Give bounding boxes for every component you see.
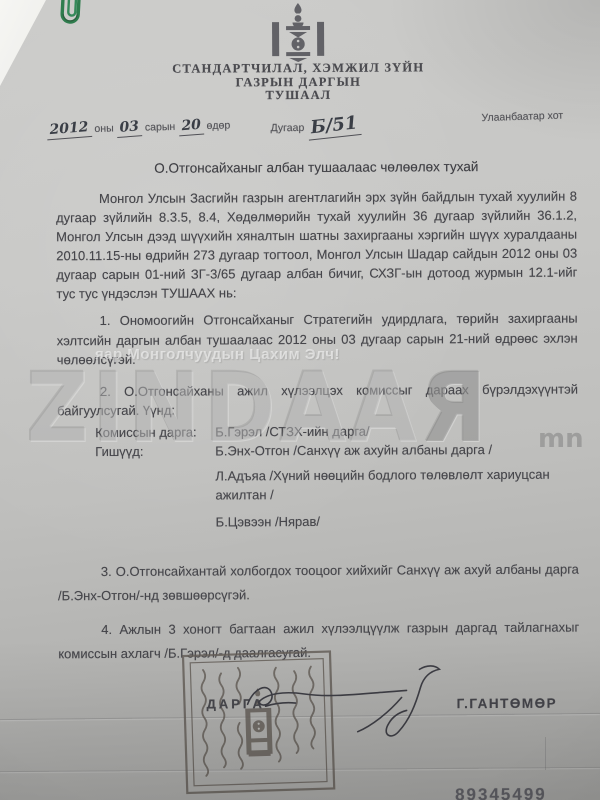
commission-row: Л.Адъяа /Хүний нөөцийн бодлого төлөвлөлт… [57,464,578,505]
day-label: өдөр [206,119,230,132]
document-photo: СТАНДАРТЧИЛАЛ, ХЭМЖИЛ ЗҮЙН ГАЗРЫН ДАРГЫН… [0,0,600,800]
commission-person: Б.Гэрэл /СТЗХ-ийн дарга/ [215,420,575,441]
doc-type: ТУШААЛ [0,87,598,104]
handwritten-year: 2012 [46,119,92,140]
paragraph-item-1: 1. Ономоогийн Отгонсайханыг Стратегийн у… [57,309,578,370]
commission-person: Л.Адъяа /Хүний нөөцийн бодлого төлөвлөлт… [215,464,575,504]
paragraph-legal-basis: Монгол Улсын Засгийн газрын агентлагийн … [56,187,578,304]
city-label: Улаанбаатар хот [481,110,563,125]
year-label: оны [94,122,113,134]
paragraph-item-2: 2. О.Отгонсайханы ажил хүлээлцэх комиссы… [57,379,578,420]
commission-role [96,512,216,532]
partial-number-text: 89345499 [455,785,547,800]
number-field: Дугаар Б/51 [271,115,361,138]
letterhead: СТАНДАРТЧИЛАЛ, ХЭМЖИЛ ЗҮЙН ГАЗРЫН ДАРГЫН… [0,60,598,104]
soyombo-emblem-icon [266,2,330,67]
number-label: Дугаар [271,122,305,134]
date-fields: 2012 оны 03 сарын 20 өдөр [46,116,230,139]
dateline: 2012 оны 03 сарын 20 өдөр Дугаар Б/51 Ул… [0,110,598,113]
commission-row: Б.Цэвээн /Нярав/ [58,510,579,532]
commission-role: Комиссын дарга: [95,422,215,442]
commission-role [95,466,215,505]
commission-list: Комиссын дарга: Б.Гэрэл /СТЗХ-ийн дарга/… [57,420,579,532]
month-label: сарын [145,121,176,134]
handwritten-month: 03 [116,118,143,138]
commission-person: Б.Энх-Отгон /Санхүү аж ахуйн албаны дарг… [215,439,575,460]
commission-row: Гишүүд: Б.Энх-Отгон /Санхүү аж ахуйн алб… [57,439,578,461]
handwritten-day: 20 [177,116,204,136]
document-body: О.Отгонсайханыг албан тушаалаас чөлөөлөх… [56,159,580,666]
signer-name: Г.ГАНТӨМӨР [457,696,558,712]
signature-scrawl [241,657,457,758]
commission-person: Б.Цэвээн /Нярав/ [216,510,576,531]
paragraph-item-3: 3. О.Отгонсайхантай холбогдох тооцоог хи… [58,557,579,608]
document-title: О.Отгонсайханыг албан тушаалаас чөлөөлөх… [56,159,577,177]
handwritten-number: Б/51 [306,112,361,141]
commission-role: Гишүүд: [95,441,215,461]
document-page: СТАНДАРТЧИЛАЛ, ХЭМЖИЛ ЗҮЙН ГАЗРЫН ДАРГЫН… [0,0,600,800]
